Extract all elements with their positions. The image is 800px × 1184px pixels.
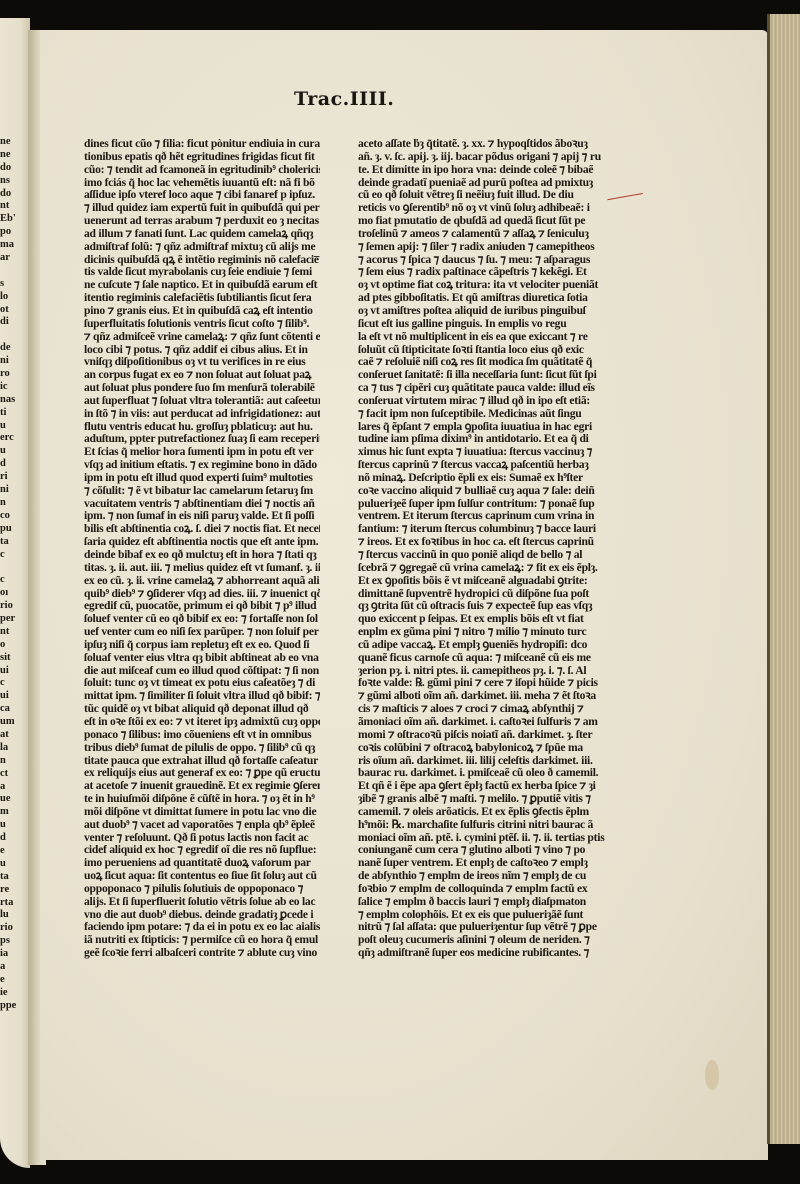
left-page-fragment: ct bbox=[0, 768, 28, 781]
text-line: qñȝ admiſtranẽ ſuper eos medicine rubifi… bbox=[358, 947, 614, 960]
left-page-fragment bbox=[0, 265, 28, 278]
left-page-fragment: lo bbox=[0, 291, 28, 304]
text-line: coniunganẽ cum cera ⁊ glutino alboti ⁊ v… bbox=[358, 844, 614, 857]
text-line: de abſynthio ⁊ emplm de ireos nĩm ⁊ empl… bbox=[358, 870, 614, 883]
text-line: ãmoniaci oĩm añ. darkimet. i. caſtoꝛei ſ… bbox=[358, 716, 614, 729]
text-line: ex reliquijs eius aut generaf ex eo: ⁊ ꝑ… bbox=[84, 767, 320, 780]
left-page-fragment: ic bbox=[0, 381, 28, 394]
text-line: cũo: ⁊ tendit ad fcamoneã in egritudinib… bbox=[84, 164, 320, 177]
text-line: admiſtraf ſolũ: ⁊ qñz admiſtraf mixtuȝ c… bbox=[84, 241, 320, 254]
text-line: ad illum ⁊ fanati ſunt. Lac quidem camel… bbox=[84, 228, 320, 241]
text-line: quib⁹ dieb⁹ ⁊ ꝯſiderer vſqȝ ad dies. iii… bbox=[84, 588, 320, 601]
text-line: foꝛte valde: ℞. gũmi pini ⁊ cere ⁊ iſopi… bbox=[358, 677, 614, 690]
left-page-fragment: u bbox=[0, 819, 28, 832]
text-line: ſicut eſt ius galline pinguis. In emplis… bbox=[358, 318, 614, 331]
left-page-fragment: ne bbox=[0, 149, 28, 162]
text-line: imo fciás q̃ hoc lac vehemẽtis iuuantũ e… bbox=[84, 177, 320, 190]
text-line: in ſtõ ⁊ in viis: aut perducat ad infrig… bbox=[84, 408, 320, 421]
text-line: nanẽ ſuper ventrem. Et enplȝ de caſtoꝛeo… bbox=[358, 857, 614, 870]
text-line: caẽ ⁊ reſoluiẽ niſi coꝝ res ſit modica ſ… bbox=[358, 356, 614, 369]
text-line: la eſt vt nõ multiplicent in eis ea que … bbox=[358, 331, 614, 344]
text-line: flutu ventris educat hu. groſſuȝ pblatic… bbox=[84, 421, 320, 434]
text-line: aſſidue ipſo vteref loco aque ⁊ cibi fan… bbox=[84, 189, 320, 202]
left-page-fragment: co bbox=[0, 510, 28, 523]
text-line: pulueriȝeẽ ſuper ipm ſulſur contritum: ⁊… bbox=[358, 498, 614, 511]
text-line: foꝛbio ⁊ emplm de colloquinda ⁊ emplm fa… bbox=[358, 883, 614, 896]
left-page-fragment: c bbox=[0, 574, 28, 587]
left-page-fragment: re bbox=[0, 884, 28, 897]
text-line: ſoluit: tunc oȝ vt timeat ex potu eius c… bbox=[84, 677, 320, 690]
text-line: tis valde ſicut myrabolanis cuȝ ſeie end… bbox=[84, 266, 320, 279]
left-page-fragment: sit bbox=[0, 652, 28, 665]
text-line: qȝ ꝯtrita ſũt cũ oſtracis ſuis ⁊ expecte… bbox=[358, 600, 614, 613]
left-page-fragment: do bbox=[0, 188, 28, 201]
text-line: ſaria quidez eſt abſtinentia noctis que … bbox=[84, 536, 320, 549]
text-line: Et ex ꝯpoſitis bõis ẽ vt miſceanẽ alguad… bbox=[358, 575, 614, 588]
text-line: baurac ru. darkimet. i. pmiſceaẽ cũ oleo… bbox=[358, 767, 614, 780]
text-line: cis ⁊ maſticis ⁊ aloes ⁊ croci ⁊ cimaꝝ a… bbox=[358, 703, 614, 716]
left-page-fragment: ar bbox=[0, 252, 28, 265]
text-line: ȝibẽ ⁊ granis albẽ ⁊ maſti. ⁊ melilo. ⁊ … bbox=[358, 793, 614, 806]
text-line: quanẽ ficus carnoſe cũ aqua: ⁊ miſceanẽ … bbox=[358, 652, 614, 665]
left-page-fragment: ti bbox=[0, 407, 28, 420]
text-line: ⁊ acorus ⁊ ſpica ⁊ daucus ⁊ ſu. ⁊ meu: ⁊… bbox=[358, 254, 614, 267]
text-line: mõi diſpõne vt dimittat ſumere in potu l… bbox=[84, 806, 320, 819]
text-line: titas. ȝ. ii. aut. iii. ⁊ melius quidez … bbox=[84, 562, 320, 575]
text-line: deinde gradatĩ pueniaẽ ad purũ poſtea ad… bbox=[358, 177, 614, 190]
text-line: te. Et dimitte in ipo hora vna: deinde c… bbox=[358, 164, 614, 177]
left-page-fragment: per bbox=[0, 613, 28, 626]
text-line: imo perueniens ad quantitatẽ duoꝝ vaſoru… bbox=[84, 857, 320, 870]
left-page-fragment: di bbox=[0, 316, 28, 329]
left-page-fragment: d bbox=[0, 832, 28, 845]
text-line: an corpus fugat ex eo ⁊ non ſoluat aut ſ… bbox=[84, 369, 320, 382]
left-page-fragment: ro bbox=[0, 368, 28, 381]
text-line: ſoluaf venter eius vltra qȝ bibit abſtin… bbox=[84, 652, 320, 665]
left-page-fragment: u bbox=[0, 420, 28, 433]
text-line: conſeruat virtutem mirac ⁊ illud qð in i… bbox=[358, 395, 614, 408]
left-page-fragment: m bbox=[0, 806, 28, 819]
text-line: geẽ ſcoꝛie ferri albaſceri contrite ⁊ ab… bbox=[84, 947, 320, 960]
left-page-fragment: po bbox=[0, 226, 28, 239]
left-page-fragment: ta bbox=[0, 536, 28, 549]
left-page-fragment: de bbox=[0, 342, 28, 355]
text-line: vno die aut duob⁹ diebus. deinde gradati… bbox=[84, 909, 320, 922]
left-page-fragment: ni bbox=[0, 355, 28, 368]
running-header: Trac.IIII. bbox=[294, 88, 394, 110]
text-line: Et qñ ẽ i ẽpe apa ꝯſert ẽplȝ factũ ex he… bbox=[358, 780, 614, 793]
left-page-fragment bbox=[0, 329, 28, 342]
page-edge-shadow bbox=[767, 14, 770, 1144]
text-line: quo exiccent p ſeipas. Et ex emplis bõis… bbox=[358, 613, 614, 626]
left-page-fragment: e bbox=[0, 845, 28, 858]
left-page-fragment: oı bbox=[0, 587, 28, 600]
text-line: ventrem. Et iterum ſtercus caprinum cum … bbox=[358, 510, 614, 523]
left-page-fragment: nas bbox=[0, 394, 28, 407]
left-page-fragment: d bbox=[0, 458, 28, 471]
text-line: tionibus epatis qð hẽt egritudines frigi… bbox=[84, 151, 320, 164]
text-line: coꝛe vaccino aliquid ⁊ bulliaẽ cuȝ aqua … bbox=[358, 485, 614, 498]
left-page-fragment bbox=[0, 561, 28, 574]
text-line: at acetoſe ⁊ inuenit grauedinẽ. Et ex re… bbox=[84, 780, 320, 793]
text-line: mittat ipm. ⁊ ſimiliter ſi ſoluit vltra … bbox=[84, 690, 320, 703]
text-line: cũ adipe vaccaꝝ. Et emplȝ ꝯueniẽs hydrop… bbox=[358, 639, 614, 652]
text-line: ⁊ ſem eius ⁊ radix paſtinace cãpeſtris ⁊… bbox=[358, 266, 614, 279]
text-line: te in huiuſmõi diſpõne ẽ cũſtẽ in hora. … bbox=[84, 793, 320, 806]
text-line: tudine iam pſima dixim⁹ in antidotario. … bbox=[358, 433, 614, 446]
text-line: troſelinũ ⁊ ameos ⁊ calamentũ ⁊ aſſaꝝ ⁊ … bbox=[358, 228, 614, 241]
left-page-fragment: s bbox=[0, 278, 28, 291]
text-line: vniſqȝ diſpoſitionibus oȝ vt tu verifice… bbox=[84, 356, 320, 369]
text-line: aut duob⁹ ⁊ vacet ad vaporatões ⁊ enpla … bbox=[84, 819, 320, 832]
left-page-fragment: la bbox=[0, 742, 28, 755]
text-line: momi ⁊ oſtracoꝛũ piſcis noiatĩ añ. darki… bbox=[358, 729, 614, 742]
text-line: cũ eo qð ſoluit vẽtreȝ ſi neẽiuȝ fuit il… bbox=[358, 189, 614, 202]
text-line: vſqȝ ad initium eſtatis. ⁊ ex regimine b… bbox=[84, 459, 320, 472]
text-line: ⁊ qñz admiſceẽ vrine camelaꝝ: ⁊ qñz ſunt… bbox=[84, 331, 320, 344]
text-line: loco cibi ⁊ potus. ⁊ qñz addif ei cibus … bbox=[84, 344, 320, 357]
text-line: ſuperfluitatis ſolutionis ventris ſicut … bbox=[84, 318, 320, 331]
text-line: die aut miſceaf cum eo illud quod cõſtip… bbox=[84, 665, 320, 678]
text-line: nõ minaꝝ. Deſcriptio ẽpli ex eis: Sumaẽ … bbox=[358, 472, 614, 485]
text-line: itentio regiminis calefaciẽtis ſubtilian… bbox=[84, 292, 320, 305]
left-page-fragment: ue bbox=[0, 793, 28, 806]
text-line: reticis vo ꝯſerentib⁹ nõ oȝ vt vinũ ſolu… bbox=[358, 202, 614, 215]
left-page-fragment: Eb' bbox=[0, 213, 28, 226]
left-page-fragment: a bbox=[0, 781, 28, 794]
left-page-fragment: nt bbox=[0, 626, 28, 639]
text-line: uef venter cum eo niſi ſex parũper. ⁊ no… bbox=[84, 626, 320, 639]
text-line: aut ſuperfluat ⁊ ſoluat vltra tolerantiã… bbox=[84, 395, 320, 408]
text-line: tribus dieb⁹ ſumat de pilulis de oppo. ⁊… bbox=[84, 742, 320, 755]
left-page-fragment: rio bbox=[0, 600, 28, 613]
text-line: ipſuȝ niſi q̃ corpus iam repletuȝ eſt ex… bbox=[84, 639, 320, 652]
text-line: ⁊ ſemen apij: ⁊ ſiler ⁊ radix aniuden ⁊ … bbox=[358, 241, 614, 254]
text-line: conſeruet ſanitatẽ: ſi illa neceſſaria ſ… bbox=[358, 369, 614, 382]
left-page-fragment: ri bbox=[0, 471, 28, 484]
text-line: ſoluef venter cũ eo qð bibif ex eo: ⁊ fo… bbox=[84, 613, 320, 626]
text-line: enplm ex gũma pini ⁊ nitro ⁊ milio ⁊ min… bbox=[358, 626, 614, 639]
text-line: vacuitatem ventris ⁊ abſtinentiam diei ⁊… bbox=[84, 498, 320, 511]
page-block-edge bbox=[767, 14, 800, 1144]
left-page-fragment: ui bbox=[0, 690, 28, 703]
text-line: tũc quidẽ oȝ vt bibat aliquid qð deponat… bbox=[84, 703, 320, 716]
text-line: uoꝝ ſicut aqua: ſit contentus eo ſiue ſi… bbox=[84, 870, 320, 883]
text-line: ⁊ gũmi alboti oĩm añ. darkimet. iii. meh… bbox=[358, 690, 614, 703]
text-line: ſtercus caprinũ ⁊ ſtercus vaccaꝝ paſcent… bbox=[358, 459, 614, 472]
text-line: faciendo ipm potare: ⁊ da ei in potu ex … bbox=[84, 921, 320, 934]
text-line: cidef aliquid ex hoc ⁊ egredif oĩ die re… bbox=[84, 844, 320, 857]
text-line: venter ⁊ reſoluunt. Qð ſi potus lactis n… bbox=[84, 832, 320, 845]
text-line: oppoponaco ⁊ pilulis ſolutiuis de oppopo… bbox=[84, 883, 320, 896]
text-line: pino ⁊ granis eius. Et in quibuſdã caꝝ e… bbox=[84, 305, 320, 318]
text-line: ⁊ emplm colophõis. Et ex eis que pulueri… bbox=[358, 909, 614, 922]
left-page-fragment: a bbox=[0, 961, 28, 974]
left-page-fragment: ui bbox=[0, 665, 28, 678]
text-line: deinde bibaf ex eo qð mulctuȝ eſt in hor… bbox=[84, 549, 320, 562]
left-page-fragment: nt bbox=[0, 200, 28, 213]
text-line: ⁊ facit ipm non ſuſceptibile. Medicinas … bbox=[358, 408, 614, 421]
left-page-fragment: rta bbox=[0, 897, 28, 910]
text-line: coꝛis colũbini ⁊ oſtracoꝝ babylonicoꝝ ⁊ … bbox=[358, 742, 614, 755]
text-line: aut ſoluat plus pondere ſuo ſm menſurã t… bbox=[84, 382, 320, 395]
left-page-fragment: ie bbox=[0, 987, 28, 1000]
text-line: ris oĩum añ. darkimet. iii. lilij celeſt… bbox=[358, 755, 614, 768]
text-line: ⁊ cõſulit: ⁊ ẽ vt bibatur lac camelarum … bbox=[84, 485, 320, 498]
left-page-fragment: do bbox=[0, 162, 28, 175]
text-line: titate pauca que extrahat illud qð forta… bbox=[84, 755, 320, 768]
text-line: poſt oleuȝ cucumeris aſinini ⁊ oleum de … bbox=[358, 934, 614, 947]
text-line: ⁊ illud quidez iam expertũ fuit in quibu… bbox=[84, 202, 320, 215]
text-line: fantium: ⁊ iterum ſtercus columbinuȝ ⁊ b… bbox=[358, 523, 614, 536]
text-column-left: dines ficut cũo ⁊ filia: ficut pònitur e… bbox=[84, 138, 320, 960]
text-line: bilis eſt abſtinentia coꝝ. ſ. diei ⁊ noc… bbox=[84, 523, 320, 536]
text-line: egredif cũ, puocatõe, primum ei qð bibit… bbox=[84, 600, 320, 613]
text-line: aduſtum, ppter putrefactionez ſuaȝ ſi ea… bbox=[84, 433, 320, 446]
left-page-fragment: lu bbox=[0, 909, 28, 922]
text-line: uenerunt ad terras arabum ⁊ perduxit eo … bbox=[84, 215, 320, 228]
left-page-fragment: ma bbox=[0, 239, 28, 252]
left-page-fragment: n bbox=[0, 497, 28, 510]
text-line: ſalice ⁊ emplm ð baccis lauri ⁊ emplȝ di… bbox=[358, 896, 614, 909]
left-page-fragment: o bbox=[0, 639, 28, 652]
left-page-fragment: erc bbox=[0, 432, 28, 445]
left-page-fragment: n bbox=[0, 755, 28, 768]
left-page-fragment: e bbox=[0, 974, 28, 987]
text-line: alijs. Et ſi ſuperfluerit ſolutio vẽtris… bbox=[84, 896, 320, 909]
text-line: ximus hic ſunt expta ⁊ iuuatiua: ſtercus… bbox=[358, 446, 614, 459]
left-page-fragment: ppe bbox=[0, 1000, 28, 1013]
left-page-fragment: um bbox=[0, 716, 28, 729]
text-line: iã nutriti ex ſtipticis: ⁊ permiſce cũ e… bbox=[84, 934, 320, 947]
text-line: ſoluũt cũ ſtipticitate ſoꝛti ſtantia loc… bbox=[358, 344, 614, 357]
text-line: mo fiat pmutatio de qbuſdã ad quedã ſicu… bbox=[358, 215, 614, 228]
text-line: ca ⁊ tus ⁊ cipẽri cuȝ quãtitate pauca va… bbox=[358, 382, 614, 395]
text-line: dines ficut cũo ⁊ filia: ficut pònitur e… bbox=[84, 138, 320, 151]
text-line: ipm in potu eſt illud quod experti ſuim⁹… bbox=[84, 472, 320, 485]
left-page-fragment: at bbox=[0, 729, 28, 742]
left-page-fragment: c bbox=[0, 549, 28, 562]
text-line: nitrũ ⁊ ſal aſſata: que pulueriȝentur ſu… bbox=[358, 921, 614, 934]
left-page-fragment: ni bbox=[0, 484, 28, 497]
left-page-fragment: ot bbox=[0, 304, 28, 317]
text-line: camemil. ⁊ oleis arõaticis. Et ex ẽplis … bbox=[358, 806, 614, 819]
left-page-fragment: ne bbox=[0, 136, 28, 149]
text-line: ponaco ⁊ ſilibus: imo cõueniens eſt vt i… bbox=[84, 729, 320, 742]
text-line: ⁊ ireos. Et ex foꝛtibus in hoc ca. eſt ſ… bbox=[358, 536, 614, 549]
left-page-fragment: ia bbox=[0, 948, 28, 961]
text-column-right: aceto aſſate ḃȝ q̃titatẽ. ȝ. xx. ⁊ hypoq… bbox=[358, 138, 614, 960]
left-page-fragment: ca bbox=[0, 703, 28, 716]
text-line: añ. ȝ. v. ſc. apij. ȝ. iij. bacar põdus … bbox=[358, 151, 614, 164]
facing-left-page: nenedonsdontEb'pomaarslootdideniroicnast… bbox=[0, 18, 30, 1168]
text-line: lares q̃ ẽpſant ⁊ empla ꝯpoſita iuuatiua… bbox=[358, 421, 614, 434]
text-line: oȝ vt optime fiat coꝝ tritura: ita vt ve… bbox=[358, 279, 614, 292]
left-page-fragment: pu bbox=[0, 523, 28, 536]
left-page-fragment: ns bbox=[0, 175, 28, 188]
text-line: aceto aſſate ḃȝ q̃titatẽ. ȝ. xx. ⁊ hypoq… bbox=[358, 138, 614, 151]
left-page-fragment: u bbox=[0, 858, 28, 871]
text-line: ex eo cũ. ȝ. ii. vrine camelaꝝ ⁊ abhorre… bbox=[84, 575, 320, 588]
left-page-fragment: ps bbox=[0, 935, 28, 948]
text-line: ⁊ ſtercus vaccinũ in quo poniẽ aliqd de … bbox=[358, 549, 614, 562]
text-line: ad ptes gibboſitatis. Et qũ amiſtras diu… bbox=[358, 292, 614, 305]
text-line: ne cuſcute ⁊ ſale naptico. Et in quibuſd… bbox=[84, 279, 320, 292]
paper-stain bbox=[705, 1060, 719, 1090]
text-line: dimittanẽ ſupventrẽ hydropici cũ diſpõne… bbox=[358, 588, 614, 601]
text-line: dicinis quibuſdã qꝝ ẽ intẽtio regiminis … bbox=[84, 254, 320, 267]
text-line: h⁹mõi: ℞. marchaſite ſulfuris citrini ni… bbox=[358, 819, 614, 832]
text-line: oȝ vt amiſtres poſtea aliquid de iuribus… bbox=[358, 305, 614, 318]
text-line: moniaci oĩm añ. ptẽ. i. cymini ptẽſ. ii.… bbox=[358, 832, 614, 845]
left-page-fragment: ta bbox=[0, 871, 28, 884]
text-line: eſt in oꝛe ſtõi ex eo: ⁊ vt iteret ipȝ a… bbox=[84, 716, 320, 729]
text-line: ipm. ⁊ non ſumaf in eis niſi paruȝ valde… bbox=[84, 510, 320, 523]
text-line: Et ſcias q̃ melior hora ſumenti ipm in p… bbox=[84, 446, 320, 459]
text-line: ſcebrã ⁊ ꝯgregaẽ cũ vrina camelaꝝ: ⁊ fit… bbox=[358, 562, 614, 575]
left-page-fragment: c bbox=[0, 677, 28, 690]
left-page-text-fragments: nenedonsdontEb'pomaarslootdideniroicnast… bbox=[0, 136, 28, 1013]
text-line: ȝerion pȝ. i. nitri ptes. ii. camepitheo… bbox=[358, 665, 614, 678]
left-page-fragment: u bbox=[0, 445, 28, 458]
left-page-fragment: rio bbox=[0, 922, 28, 935]
